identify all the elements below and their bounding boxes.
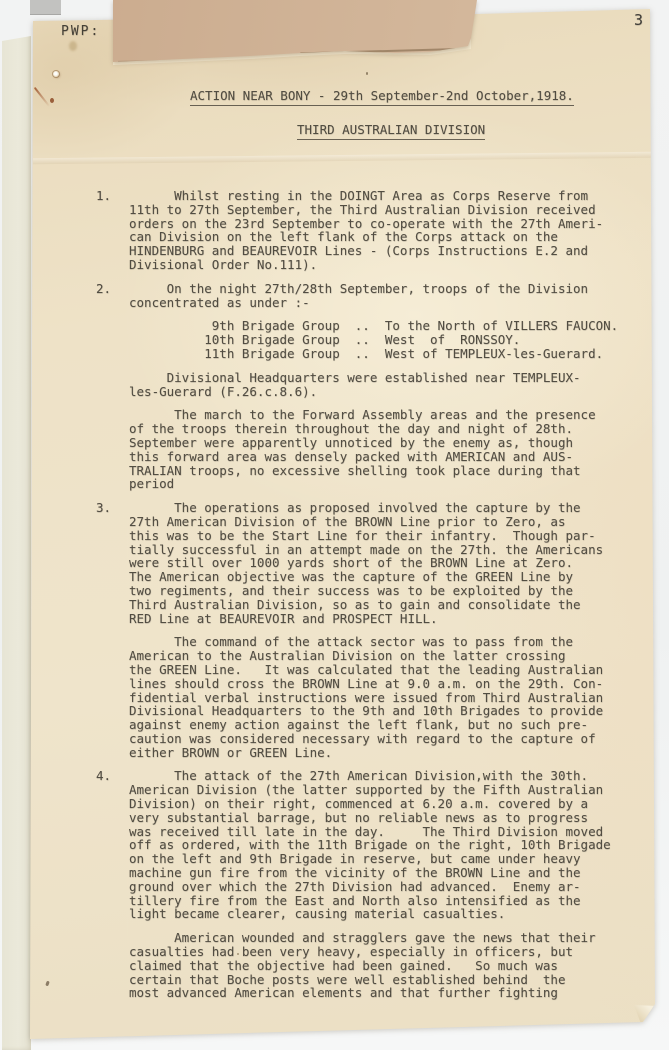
paragraph-line: concentrated as under :- bbox=[129, 296, 634, 310]
paragraph-line: two regiments, and their success was to … bbox=[129, 584, 634, 598]
document-title: ACTION NEAR BONY - 29th September-2nd Oc… bbox=[190, 88, 574, 106]
paragraph-line: against enemy action against the left fl… bbox=[129, 718, 634, 732]
paragraph: 3. The operations as proposed involved t… bbox=[129, 501, 634, 625]
paragraph-line: The operations as proposed involved the … bbox=[129, 501, 634, 515]
paragraph-line: machine gun fire from the vicinity of th… bbox=[129, 866, 634, 880]
document-page: PWP: 3 ACTION NEAR BONY - 29th September… bbox=[0, 0, 669, 1050]
paragraph-number: 3. bbox=[96, 501, 111, 515]
paragraph: 4. The attack of the 27th American Divis… bbox=[129, 769, 634, 921]
paragraph-line: Divisional Headquarters to the 9th and 1… bbox=[129, 704, 634, 718]
paragraph-line: the GREEN Line. It was calculated that t… bbox=[129, 663, 634, 677]
paragraph: American wounded and stragglers gave the… bbox=[129, 931, 634, 1000]
rust-stain bbox=[34, 87, 50, 107]
paragraph-line: 11th to 27th September, the Third Austra… bbox=[129, 203, 634, 217]
paragraph-line: On the night 27th/28th September, troops… bbox=[129, 282, 634, 296]
paragraph-line: Divisional Headquarters were established… bbox=[129, 371, 634, 385]
page-number: 3 bbox=[634, 11, 643, 29]
paragraph-line: American to the Australian Division on t… bbox=[129, 649, 634, 663]
paragraph-line: casualties had been very heavy, especial… bbox=[129, 945, 634, 959]
document-body: 1. Whilst resting in the DOINGT Area as … bbox=[129, 189, 634, 1010]
paragraph-line: September were apparently unnoticed by t… bbox=[129, 436, 634, 450]
paragraph: 9th Brigade Group .. To the North of VIL… bbox=[129, 319, 634, 360]
pencil-smudge bbox=[69, 41, 77, 51]
paragraph-line: 10th Brigade Group .. West of RONSSOY. bbox=[129, 333, 634, 347]
paragraph-line: Third Australian Division, so as to gain… bbox=[129, 598, 634, 612]
paragraph-line: light became clearer, causing material c… bbox=[129, 907, 634, 921]
paragraph-line: either BROWN or GREEN Line. bbox=[129, 746, 634, 760]
document-subtitle: THIRD AUSTRALIAN DIVISION bbox=[297, 122, 485, 140]
paragraph-line: tially successful in an attempt made on … bbox=[129, 543, 634, 557]
paragraph: The command of the attack sector was to … bbox=[129, 635, 634, 759]
document-page-wrap: PWP: 3 ACTION NEAR BONY - 29th September… bbox=[0, 0, 669, 1050]
paragraph-line: of the troops therein throughout the day… bbox=[129, 422, 634, 436]
paragraph-line: on the left and 9th Brigade in reserve, … bbox=[129, 852, 634, 866]
paragraph-line: certain that Boche posts were well estab… bbox=[129, 973, 634, 987]
paragraph-line: RED Line at BEAUREVOIR and PROSPECT HILL… bbox=[129, 612, 634, 626]
paragraph-line: off as ordered, with the 11th Brigade on… bbox=[129, 838, 634, 852]
scan-background: PWP: 3 ACTION NEAR BONY - 29th September… bbox=[0, 0, 669, 1050]
paragraph-line: was received till late in the day. The T… bbox=[129, 825, 634, 839]
paragraph-line: very substantial barrage, but no reliabl… bbox=[129, 811, 634, 825]
paragraph-line: 11th Brigade Group .. West of TEMPLEUX-l… bbox=[129, 347, 634, 361]
paragraph-line: Division) on their right, commenced at 6… bbox=[129, 797, 634, 811]
paragraph-line: American Division (the latter supported … bbox=[129, 783, 634, 797]
paragraph-line: claimed that the objective had been gain… bbox=[129, 959, 634, 973]
paragraph-line: ground over which the 27th Division had … bbox=[129, 880, 634, 894]
paragraph-line: orders on the 23rd September to co-opera… bbox=[129, 217, 634, 231]
paragraph-line: most advanced American elements and that… bbox=[129, 986, 634, 1000]
paragraph-line: The march to the Forward Assembly areas … bbox=[129, 408, 634, 422]
paragraph-line: can Division on the left flank of the Co… bbox=[129, 230, 634, 244]
paragraph-line: 9th Brigade Group .. To the North of VIL… bbox=[129, 319, 634, 333]
paragraph-number: 4. bbox=[96, 769, 111, 783]
paragraph-number: 2. bbox=[96, 282, 111, 296]
rust-spot bbox=[50, 98, 54, 103]
paragraph-line: 27th American Division of the BROWN Line… bbox=[129, 515, 634, 529]
paragraph: Divisional Headquarters were established… bbox=[129, 371, 634, 399]
corner-fold bbox=[630, 1000, 658, 1026]
paragraph-line: The attack of the 27th American Division… bbox=[129, 769, 634, 783]
paragraph-line: were still over 1000 yards short of the … bbox=[129, 556, 634, 570]
paragraph: 2. On the night 27th/28th September, tro… bbox=[129, 282, 634, 310]
paragraph-number: 1. bbox=[96, 189, 111, 203]
paragraph-line: HINDENBURG and BEAUREVOIR Lines - (Corps… bbox=[129, 244, 634, 258]
paragraph-line: lines should cross the BROWN Line at 9.0… bbox=[129, 677, 634, 691]
paragraph: 1. Whilst resting in the DOINGT Area as … bbox=[129, 189, 634, 272]
paragraph-line: TRALIAN troops, no excessive shelling to… bbox=[129, 464, 634, 478]
paragraph-line: The American objective was the capture o… bbox=[129, 570, 634, 584]
paragraph-line: period bbox=[129, 477, 634, 491]
paragraph-line: Divisional Order No.111). bbox=[129, 258, 634, 272]
paragraph-line: The command of the attack sector was to … bbox=[129, 635, 634, 649]
paragraph-line: caution was considered necessary with re… bbox=[129, 732, 634, 746]
paragraph: The march to the Forward Assembly areas … bbox=[129, 408, 634, 491]
paragraph-line: American wounded and stragglers gave the… bbox=[129, 931, 634, 945]
paragraph-line: this was to be the Start Line for their … bbox=[129, 529, 634, 543]
crease-line bbox=[33, 152, 653, 164]
ink-speck bbox=[45, 981, 50, 987]
paragraph-line: this forward area was densely packed wit… bbox=[129, 450, 634, 464]
ink-speck bbox=[366, 72, 368, 75]
paragraph-line: tillery fire from the East and North als… bbox=[129, 894, 634, 908]
paragraph-line: fidential verbal instructions were issue… bbox=[129, 691, 634, 705]
paragraph-line: les-Guerard (F.26.c.8.6). bbox=[129, 385, 634, 399]
paragraph-line: Whilst resting in the DOINGT Area as Cor… bbox=[129, 189, 634, 203]
pin-hole bbox=[53, 71, 59, 77]
archivist-mark: PWP: bbox=[61, 24, 100, 39]
